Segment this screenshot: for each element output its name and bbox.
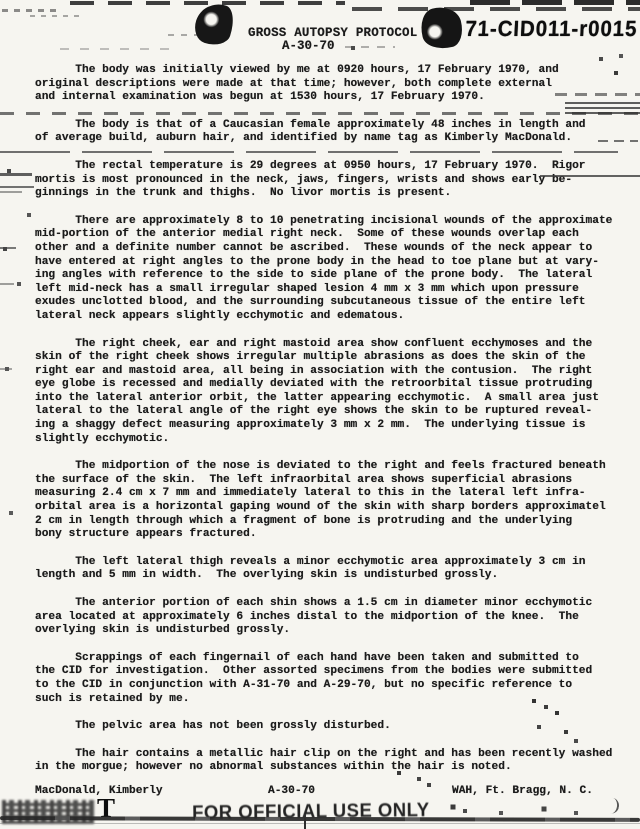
scan-artifact [0,112,640,115]
paragraph: Scrappings of each fingernail of each ha… [35,652,635,706]
autopsy-protocol-scanned-page: GROSS AUTOPSY PROTOCOL A-30-70 71-CID011… [0,0,640,829]
paragraph: The body was initially viewed by me at 0… [35,64,635,105]
paragraph: The right cheek, ear and right mastoid a… [35,338,635,447]
scan-artifact [0,247,16,249]
scan-artifact [0,173,32,176]
scan-artifact [470,0,640,5]
scan-artifact [30,15,80,17]
scan-artifact [352,7,640,11]
scan-artifact [70,1,345,5]
document-body: The body was initially viewed by me at 0… [35,64,635,789]
scan-artifact [0,823,640,824]
paragraph: There are approximately 8 to 10 penetrat… [35,215,635,324]
paragraph: The hair contains a metallic hair clip o… [35,748,635,775]
scan-artifact [0,191,22,193]
ink-blob [190,0,238,50]
scan-artifact [0,283,14,285]
scan-artifact [0,368,12,370]
illegible-stamp [2,800,94,824]
document-case-number: A-30-70 [282,39,335,53]
document-title: GROSS AUTOPSY PROTOCOL [248,26,417,40]
footer-location: WAH, Ft. Bragg, N. C. [452,785,593,797]
scan-artifact [2,9,60,12]
footer-case-number: A-30-70 [268,785,315,797]
scan-artifact [0,151,618,153]
underline-rigor [540,175,640,177]
file-number-stamp: 71-CID011-r0015 [465,16,638,42]
scan-artifact [565,100,640,114]
paragraph: The anterior portion of each shin shows … [35,597,635,638]
scan-artifact [555,93,640,96]
paragraph: The midportion of the nose is deviated t… [35,460,635,542]
paragraph: The body is that of a Caucasian female a… [35,119,635,146]
scan-artifact [0,186,34,188]
scan-artifact [345,46,395,48]
paragraph: The left lateral thigh reveals a minor e… [35,556,635,583]
scan-artifact [598,140,638,142]
scan-artifact [304,814,306,829]
paragraph: The pelvic area has not been grossly dis… [35,720,635,734]
scan-speckles [0,0,2,2]
paragraph: The rectal temperature is 29 degrees at … [35,160,635,201]
scan-artifact [60,48,170,50]
scan-artifact [0,816,640,822]
scan-artifact [607,797,620,814]
